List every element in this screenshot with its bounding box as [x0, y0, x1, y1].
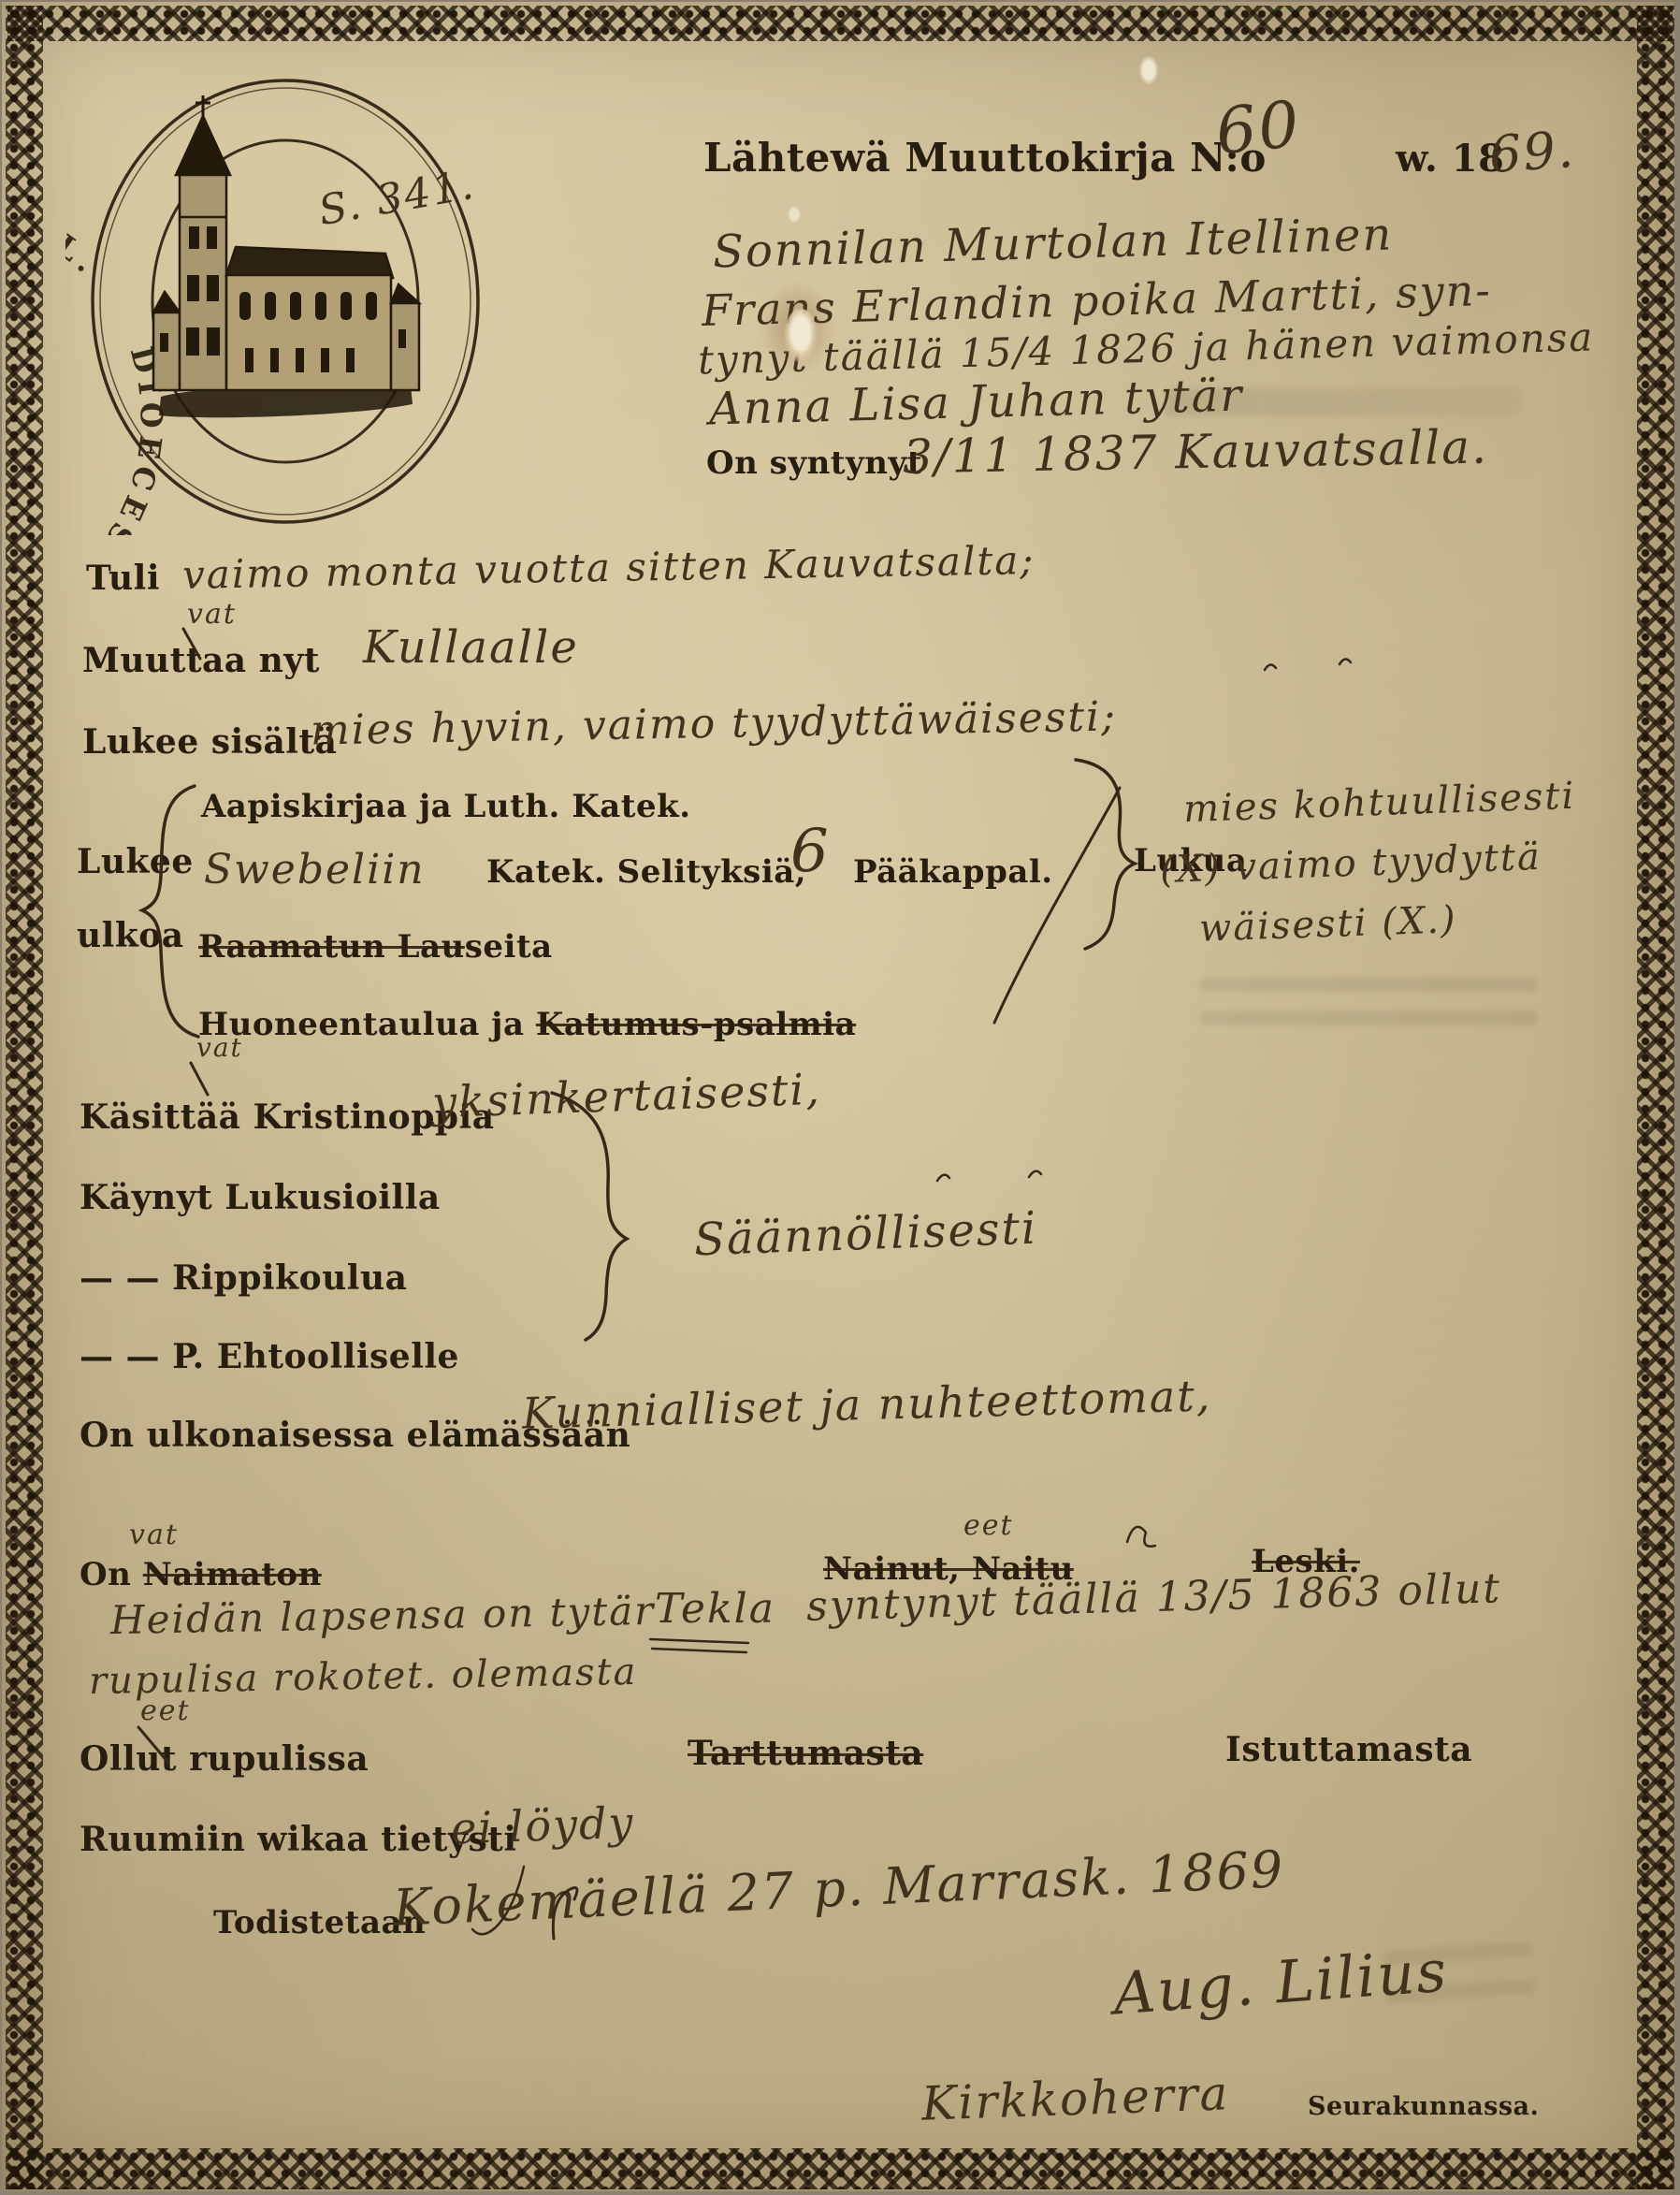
marital-superscript-left: vat [129, 1521, 179, 1549]
attendance-row3: — — P. Ehtoolliselle [80, 1340, 459, 1374]
pox-struck: Tarttumasta [688, 1737, 923, 1770]
certificate-number: 60 [1213, 93, 1304, 165]
border-left [6, 6, 43, 2189]
form-title: Lähtewä Muuttokirja N:o [703, 138, 1267, 178]
paper-hole [1139, 56, 1158, 84]
marital-hand-line2: rupulisa rokotet. olemasta [89, 1653, 638, 1700]
marital-superscript-mid: eet [963, 1512, 1014, 1540]
row4-struck: Katumus-psalmia [536, 1006, 856, 1043]
understands-value: yksinkertaisesti, [431, 1068, 821, 1124]
reads-outer-row2-handwritten: Swebeliin [204, 850, 426, 891]
marital-row: On Naimaton [80, 1559, 322, 1591]
counting-hand-line: wäisesti (X.) [1198, 901, 1457, 948]
pox-row: Ollut rupulissa [80, 1742, 369, 1776]
pox-third: Istuttamasta [1225, 1733, 1472, 1766]
reads-outer-label-top: Lukee [77, 845, 194, 879]
moves-value: Kullaalle [363, 625, 579, 670]
born-label: On syntynyt [706, 447, 922, 479]
scanned-certificate: DIOECESIS ABOENSIS. MAGNI PRINC: FINL. [0, 0, 1680, 2195]
role-handwritten: Kirkkoherra [920, 2070, 1230, 2127]
pox-label-end: rupulissa [189, 1739, 369, 1779]
paper-hole [784, 309, 818, 363]
bleedthrough-smudge [1200, 978, 1537, 1036]
defect-value: ei löydy [450, 1801, 635, 1851]
moves-label: Muuttaa nyt [82, 644, 320, 677]
row3-rest: seita [465, 928, 553, 966]
moves-superscript: vat [187, 601, 237, 629]
reads-outer-row2-suffix: Pääkappal. [853, 856, 1053, 888]
marital-prefix: On [80, 1556, 131, 1593]
reads-outer-row2-print: Katek. Selityksiä, [486, 856, 806, 888]
role-printed: Seurakunnassa. [1308, 2094, 1539, 2119]
row4-plain: Huoneentaulua ja [198, 1006, 536, 1043]
row3-struck: Raamatun Lau [198, 928, 465, 966]
border-right [1637, 6, 1674, 2189]
reads-outer-row1: Aapiskirjaa ja Luth. Katek. [201, 791, 691, 822]
reads-outer-row3: Raamatun Lauseita [198, 931, 553, 963]
attendance-row2: — — Rippikoulua [80, 1261, 407, 1295]
reads-outer-row2-number: 6 [790, 821, 831, 881]
marital-hand-before: Heidän lapsensa on tytär [110, 1592, 656, 1640]
pox-superscript: eet [140, 1697, 191, 1725]
border-bottom [7, 2148, 1673, 2189]
year-handwritten: 69. [1487, 124, 1576, 181]
reads-outer-row4: Huoneentaulua ja Katumus-psalmia [198, 1009, 856, 1040]
reads-inner-label: Lukee sisältä [82, 725, 337, 759]
reads-outer-label-bottom: ulkoa [77, 919, 184, 952]
intro-line: Anna Lisa Juhan tytär [708, 373, 1243, 432]
border-top [7, 6, 1673, 41]
child-name: Tekla [655, 1589, 775, 1630]
paper-hole [788, 206, 801, 223]
pox-label-start: Ollut [80, 1739, 177, 1779]
came-label: Tuli [86, 561, 160, 595]
marital-single-struck: Naimaton [143, 1556, 322, 1593]
born-value: 3/11 1837 Kauvatsalla. [903, 424, 1489, 481]
attendance-value: Säännöllisesti [693, 1206, 1038, 1263]
understands-superscript: vat [196, 1035, 243, 1061]
attendance-row1: Käynyt Lukusioilla [80, 1181, 441, 1214]
